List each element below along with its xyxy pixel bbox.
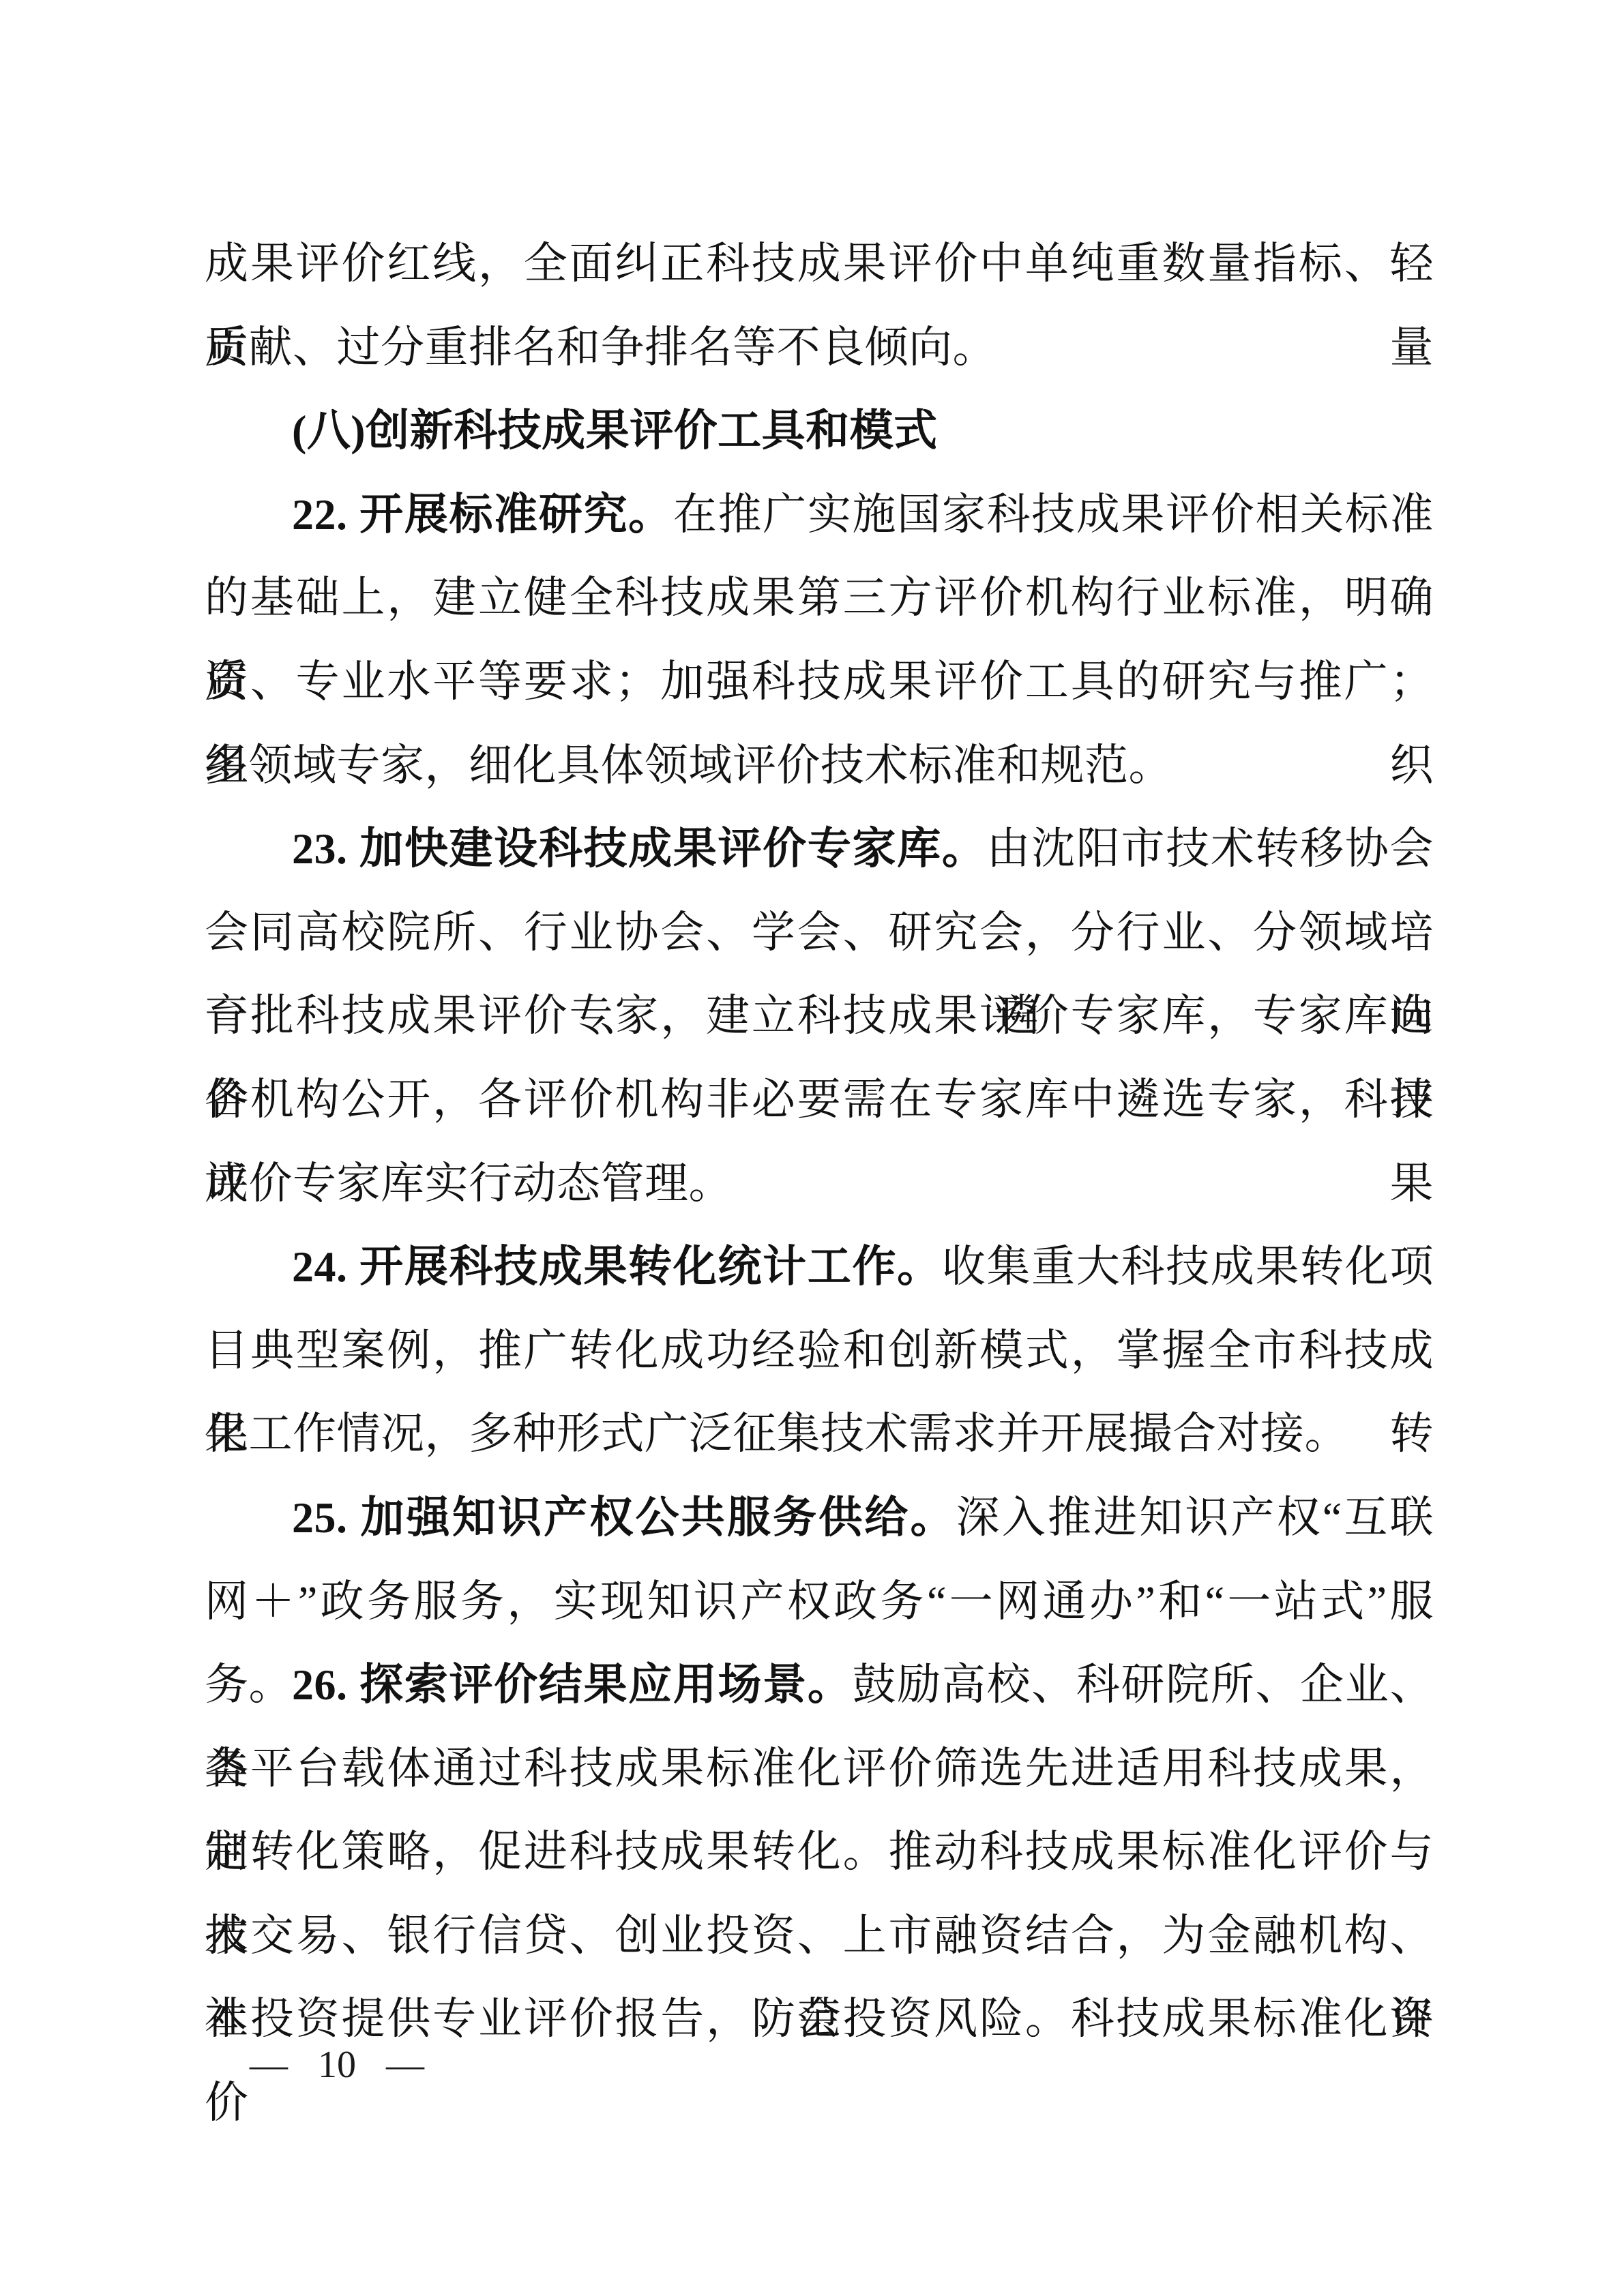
text-line: 的基础上，建立健全科技成果第三方评价机构行业标准，明确资 [205, 556, 1434, 640]
text-line: 成果评价红线，全面纠正科技成果评价中单纯重数量指标、轻质量 [205, 222, 1434, 306]
line-regular-text: 贡献、过分重排名和争排名等不良倾向。 [205, 323, 996, 372]
document-page: 成果评价红线，全面纠正科技成果评价中单纯重数量指标、轻质量 贡献、过分重排名和争… [0, 0, 1624, 2296]
text-line: 定转化策略，促进科技成果转化。推动科技成果标准化评价与技 [205, 1810, 1434, 1894]
line-regular-text: 化工作情况，多种形式广泛征集技术需求并开展撮合对接。 [205, 1410, 1348, 1458]
line-bold-text: 23. 加快建设科技成果评价专家库。 [292, 824, 987, 873]
text-line: 质、专业水平等要求；加强科技成果评价工具的研究与推广；组织 [205, 640, 1434, 724]
text-line: 22. 开展标准研究。在推广实施国家科技成果评价相关标准 [205, 473, 1434, 557]
text-line: 25. 加强知识产权公共服务供给。深入推进知识产权“互联 [205, 1476, 1434, 1560]
text-line: 23. 加快建设科技成果评价专家库。由沈阳市技术转移协会 [205, 807, 1434, 891]
text-line: 类平台载体通过科技成果标准化评价筛选先进适用科技成果，制 [205, 1727, 1434, 1811]
line-bold-text: 24. 开展科技成果转化统计工作。 [292, 1242, 942, 1291]
line-regular-text: 深入推进知识产权“互联 [956, 1493, 1434, 1542]
text-line: 价机构公开，各评价机构非必要需在专家库中遴选专家，科技成果 [205, 1058, 1434, 1142]
line-bold-text: 25. 加强知识产权公共服务供给。 [292, 1493, 956, 1542]
document-text-block: 成果评价红线，全面纠正科技成果评价中单纯重数量指标、轻质量 贡献、过分重排名和争… [205, 222, 1434, 2061]
line-regular-text: 收集重大科技成果转化项 [942, 1242, 1434, 1291]
line-bold-text: (八)创新科技成果评价工具和模式 [292, 406, 938, 455]
text-line: 24. 开展科技成果转化统计工作。收集重大科技成果转化项 [205, 1225, 1434, 1309]
page-number: — 10 — [250, 2046, 424, 2084]
line-regular-text: 由沈阳市技术转移协会 [987, 824, 1434, 873]
text-line: 会同高校院所、行业协会、学会、研究会，分行业、分领域培育、遴选 [205, 891, 1434, 975]
text-line: 一批科技成果评价专家，建立科技成果评价专家库，专家库向各评 [205, 974, 1434, 1058]
text-line: 术交易、银行信贷、创业投资、上市融资结合，为金融机构、社会资 [205, 1894, 1434, 1978]
line-regular-text: 多领域专家，细化具体领域评价技术标准和规范。 [205, 741, 1172, 790]
line-bold-text: 22. 开展标准研究。 [292, 490, 673, 539]
line-regular-text: 在推广实施国家科技成果评价相关标准 [673, 490, 1434, 539]
text-line: 网＋”政务服务，实现知识产权政务“一网通办”和“一站式”服务。 [205, 1560, 1434, 1644]
text-line: 26. 探索评价结果应用场景。鼓励高校、科研院所、企业、各 [205, 1643, 1434, 1727]
text-line: 化工作情况，多种形式广泛征集技术需求并开展撮合对接。 [205, 1392, 1434, 1476]
section-heading: (八)创新科技成果评价工具和模式 [205, 389, 1434, 473]
line-regular-text: 评价专家库实行动态管理。 [205, 1159, 733, 1208]
text-line: 目典型案例，推广转化成功经验和创新模式，掌握全市科技成果转 [205, 1309, 1434, 1393]
line-bold-text: 26. 探索评价结果应用场景。 [292, 1660, 853, 1709]
